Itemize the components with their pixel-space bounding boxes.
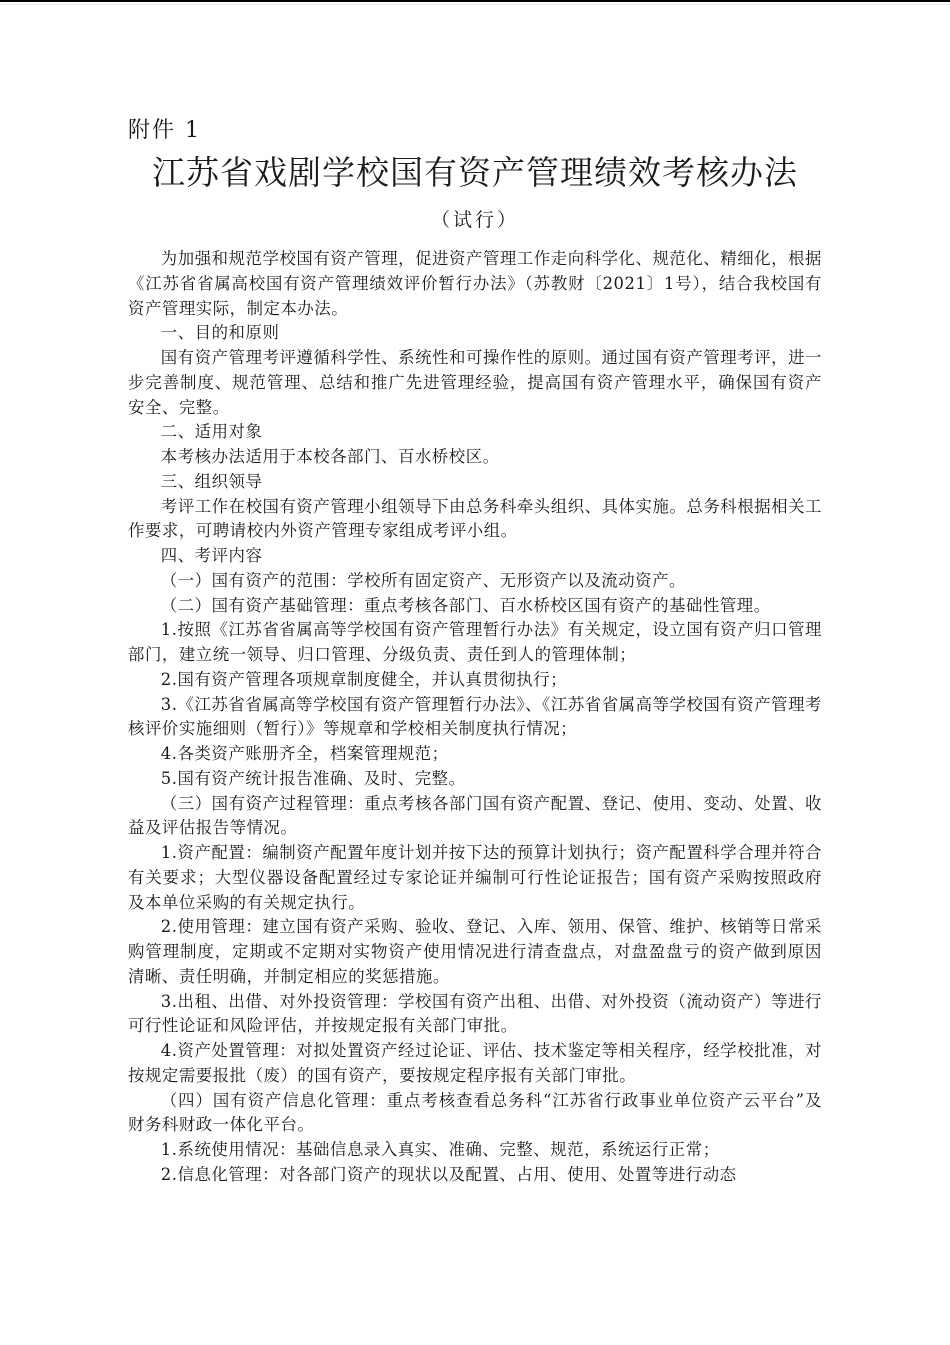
list-item-basic-2: 2.国有资产管理各项规章制度健全，并认真贯彻执行； — [128, 668, 822, 693]
list-item-process-4: 4.资产处置管理：对拟处置资产经过论证、评估、技术鉴定等相关程序，经学校批准，对… — [128, 1039, 822, 1089]
list-item-info-2: 2.信息化管理：对各部门资产的现状以及配置、占用、使用、处置等进行动态 — [128, 1163, 822, 1188]
document-title: 江苏省戏剧学校国有资产管理绩效考核办法 — [128, 150, 822, 196]
attachment-label: 附件 1 — [128, 116, 201, 146]
list-item-process-3: 3.出租、出借、对外投资管理：学校国有资产出租、出借、对外投资（流动资产）等进行… — [128, 990, 822, 1040]
paragraph-info-management: （四）国有资产信息化管理：重点考核查看总务科“江苏省行政事业单位资产云平台”及财… — [128, 1089, 822, 1139]
paragraph-purpose: 国有资产管理考评遵循科学性、系统性和可操作性的原则。通过国有资产管理考评，进一步… — [128, 346, 822, 420]
section-heading-scope: 二、适用对象 — [128, 420, 822, 445]
list-item-basic-3: 3.《江苏省省属高等学校国有资产管理暂行办法》、《江苏省省属高等学校国有资产管理… — [128, 693, 822, 743]
list-item-process-2: 2.使用管理：建立国有资产采购、验收、登记、入库、领用、保管、维护、核销等日常采… — [128, 915, 822, 989]
list-item-basic-5: 5.国有资产统计报告准确、及时、完整。 — [128, 767, 822, 792]
list-item-process-1: 1.资产配置：编制资产配置年度计划并按下达的预算计划执行；资产配置科学合理并符合… — [128, 841, 822, 915]
page-top-border — [0, 0, 950, 2]
list-item-basic-1: 1.按照《江苏省省属高等学校国有资产管理暂行办法》有关规定，设立国有资产归口管理… — [128, 618, 822, 668]
paragraph-scope: 本考核办法适用于本校各部门、百水桥校区。 — [128, 445, 822, 470]
list-item-basic-4: 4.各类资产账册齐全，档案管理规范； — [128, 742, 822, 767]
section-heading-purpose: 一、目的和原则 — [128, 321, 822, 346]
paragraph-leadership: 考评工作在校国有资产管理小组领导下由总务科牵头组织、具体实施。总务科根据相关工作… — [128, 495, 822, 545]
intro-paragraph: 为加强和规范学校国有资产管理，促进资产管理工作走向科学化、规范化、精细化，根据《… — [128, 247, 822, 321]
list-item-info-1: 1.系统使用情况：基础信息录入真实、准确、完整、规范，系统运行正常； — [128, 1138, 822, 1163]
paragraph-asset-scope: （一）国有资产的范围：学校所有固定资产、无形资产以及流动资产。 — [128, 569, 822, 594]
page-top-divider — [0, 4, 950, 5]
paragraph-basic-management: （二）国有资产基础管理：重点考核各部门、百水桥校区国有资产的基础性管理。 — [128, 594, 822, 619]
paragraph-process-management: （三）国有资产过程管理：重点考核各部门国有资产配置、登记、使用、变动、处置、收益… — [128, 792, 822, 842]
section-heading-leadership: 三、组织领导 — [128, 470, 822, 495]
document-body: 为加强和规范学校国有资产管理，促进资产管理工作走向科学化、规范化、精细化，根据《… — [128, 247, 822, 1188]
document-subtitle: （试行） — [128, 206, 822, 234]
section-heading-content: 四、考评内容 — [128, 544, 822, 569]
